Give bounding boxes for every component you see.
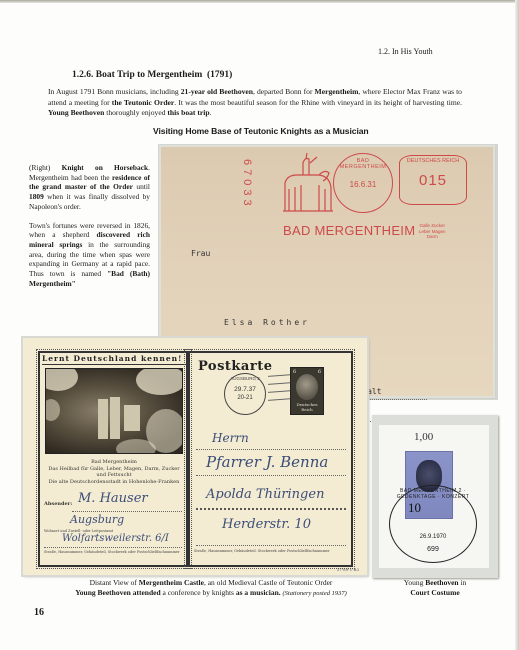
recipient-street: Herderstr. 10 <box>222 517 311 532</box>
stamp-sheet-margin: 1,00 10 BAD MERGENTHEIM 2 · GEDENKTAGE ·… <box>379 425 489 568</box>
postcard-caption: Distant View of Mergentheim Castle, an o… <box>36 578 386 599</box>
side-paragraph-knight: (Right) Knight on Horseback. Mergentheim… <box>29 163 150 212</box>
recipient-city: Apolda Thüringen <box>206 487 324 502</box>
sender-street: Wolfartsweilerstr. 6/I <box>62 533 169 544</box>
page-number: 16 <box>34 607 44 618</box>
envelope-salutation: Frau <box>191 249 210 258</box>
cancel-wave <box>268 398 292 401</box>
form-line <box>196 545 346 546</box>
print-code: 37-89-1-B3 <box>337 567 359 572</box>
form-line <box>196 508 346 510</box>
subheading: Visiting Home Base of Teutonic Knights a… <box>153 126 369 136</box>
castle-building <box>124 405 140 431</box>
form-line <box>196 475 346 476</box>
postcard-motto: Lernt Deutschland kennen! <box>42 354 186 365</box>
meter-postmark-date: 16.6.31 <box>334 180 392 189</box>
form-line <box>72 511 182 512</box>
recipient-salutation: Herrn <box>212 431 249 445</box>
postcard-picture-side: Lernt Deutschland kennen! Bad Mergenthei… <box>38 351 190 567</box>
form-line <box>44 547 182 548</box>
meter-serial-number: 67033 <box>241 159 253 210</box>
page-edge-right <box>515 0 519 650</box>
cancel-zip: 699 <box>390 546 476 553</box>
sheet-price-label: 1,00 <box>414 431 433 443</box>
intro-paragraph: In August 1791 Bonn musicians, including… <box>48 87 462 119</box>
envelope-recipient: Elsa Rother <box>224 318 310 327</box>
meter-town-banner: BAD MERGENTHEIM <box>283 223 415 238</box>
cancel-wave <box>268 382 292 385</box>
commemorative-cancel: BAD MERGENTHEIM 2 · GEDENKTAGE · KONZERT… <box>389 485 477 563</box>
meter-advert: Galle Zucker Leber Magen Darm <box>419 223 446 240</box>
blossom <box>45 368 78 391</box>
knight-on-horseback-icon <box>279 153 335 217</box>
augsburg-postmark: AUGSBURG 2 29.7.37 20-21 <box>224 373 266 415</box>
church-tower <box>110 397 120 439</box>
side-paragraph-springs: Town's fortunes were reversed in 1826, w… <box>29 221 150 289</box>
meter-value: 015 <box>400 172 466 189</box>
blossom <box>136 368 183 395</box>
hindenburg-stamp: 6 6 Deutsches Reich <box>290 367 324 415</box>
blossom <box>45 399 60 421</box>
postcard-1937: Lernt Deutschland kennen! Bad Mergenthei… <box>23 338 367 575</box>
form-line <box>196 449 346 450</box>
cancel-wave <box>268 390 292 393</box>
stationery-note: (Stationery posted 1937) <box>283 590 347 597</box>
cancel-wave <box>268 374 292 377</box>
stamp-caption: Young Beethoven in Court Costume <box>385 578 485 598</box>
side-description: (Right) Knight on Horseback. Mergentheim… <box>29 163 150 297</box>
recipient-name: Pfarrer J. Benna <box>206 453 328 471</box>
page-edge-top <box>0 0 519 3</box>
page-heading: 1.2.6. Boat Trip to Mergentheim (1791) <box>72 70 232 80</box>
postcard-address-side: Postkarte AUGSBURG 2 29.7.37 20-21 6 6 D… <box>186 351 353 567</box>
mergentheim-castle-photo <box>45 368 183 454</box>
postcard-title: Postkarte <box>198 359 272 374</box>
hindenburg-portrait-icon <box>296 374 318 400</box>
picture-caption: Bad Mergentheim Das Heilbad für Galle, L… <box>42 459 186 485</box>
sender-name: M. Hauser <box>78 491 148 506</box>
sender-city: Augsburg <box>70 513 124 526</box>
sender-label: Absender: <box>44 501 72 507</box>
meter-value-frame: DEUTSCHES REICH 015 <box>399 155 467 205</box>
beethoven-stamp-mount: 1,00 10 BAD MERGENTHEIM 2 · GEDENKTAGE ·… <box>372 415 498 578</box>
blossom <box>116 439 156 454</box>
church-tower <box>98 399 108 439</box>
meter-town-postmark: BAD MERGENTHEIM 16.6.31 <box>333 153 393 213</box>
cancel-date: 26.9.1970 <box>390 534 476 540</box>
section-label: 1.2. In His Youth <box>378 47 433 56</box>
